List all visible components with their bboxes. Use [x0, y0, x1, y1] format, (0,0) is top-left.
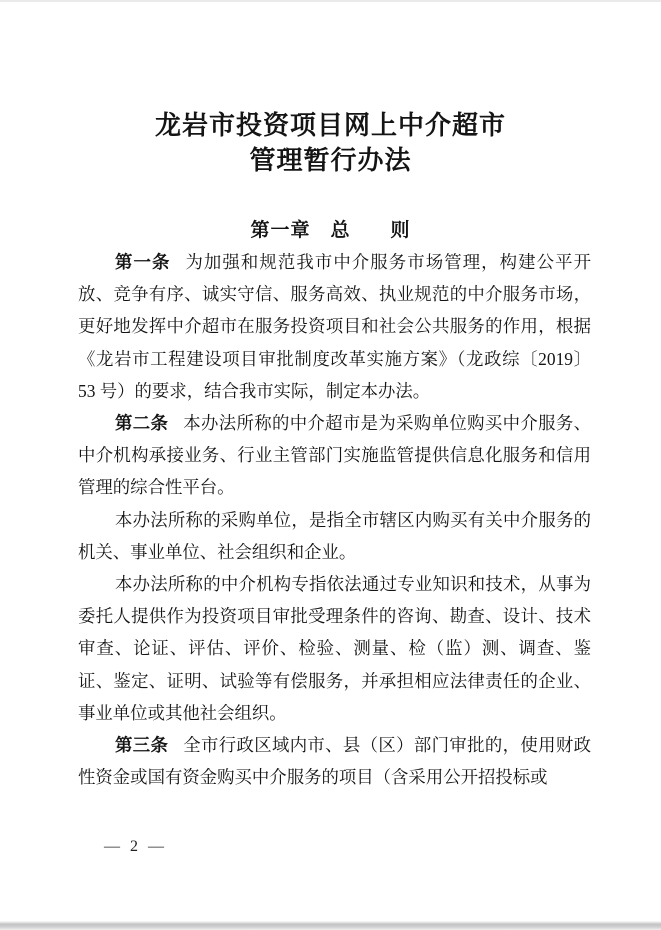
chapter-heading: 第一章 总 则	[0, 215, 661, 242]
document-title: 龙岩市投资项目网上中介超市 管理暂行办法	[0, 108, 661, 178]
paragraph-text: 本办法所称的中介机构专指依法通过专业知识和技术，从事为委托人提供作为投资项目审批…	[78, 574, 591, 723]
article-number-label: 第一条	[115, 252, 170, 272]
article-number-label: 第三条	[115, 735, 168, 755]
paragraph: 第二条本办法所称的中介超市是为采购单位购买中介服务、中介机构承接业务、行业主管部…	[78, 407, 591, 504]
article-number-label: 第二条	[115, 413, 168, 433]
page-bottom-edge-shadow	[0, 921, 661, 930]
paragraph: 第一条为加强和规范我市中介服务市场管理，构建公平开放、竞争有序、诚实守信、服务高…	[78, 246, 591, 407]
document-body: 第一条为加强和规范我市中介服务市场管理，构建公平开放、竞争有序、诚实守信、服务高…	[78, 246, 591, 793]
document-page: 龙岩市投资项目网上中介超市 管理暂行办法 第一章 总 则 第一条为加强和规范我市…	[0, 0, 661, 930]
paragraph: 本办法所称的中介机构专指依法通过专业知识和技术，从事为委托人提供作为投资项目审批…	[78, 568, 591, 729]
page-number: — 2 —	[104, 838, 167, 856]
paragraph-text: 本办法所称的采购单位，是指全市辖区内购买有关中介服务的机关、事业单位、社会组织和…	[78, 510, 591, 562]
page-top-edge-shadow	[0, 0, 661, 2]
document-title-line2: 管理暂行办法	[0, 143, 661, 178]
document-title-line1: 龙岩市投资项目网上中介超市	[0, 108, 661, 143]
paragraph-text: 为加强和规范我市中介服务市场管理，构建公平开放、竞争有序、诚实守信、服务高效、执…	[78, 252, 591, 401]
paragraph: 第三条全市行政区域内市、县（区）部门审批的，使用财政性资金或国有资金购买中介服务…	[78, 729, 591, 793]
paragraph: 本办法所称的采购单位，是指全市辖区内购买有关中介服务的机关、事业单位、社会组织和…	[78, 504, 591, 568]
